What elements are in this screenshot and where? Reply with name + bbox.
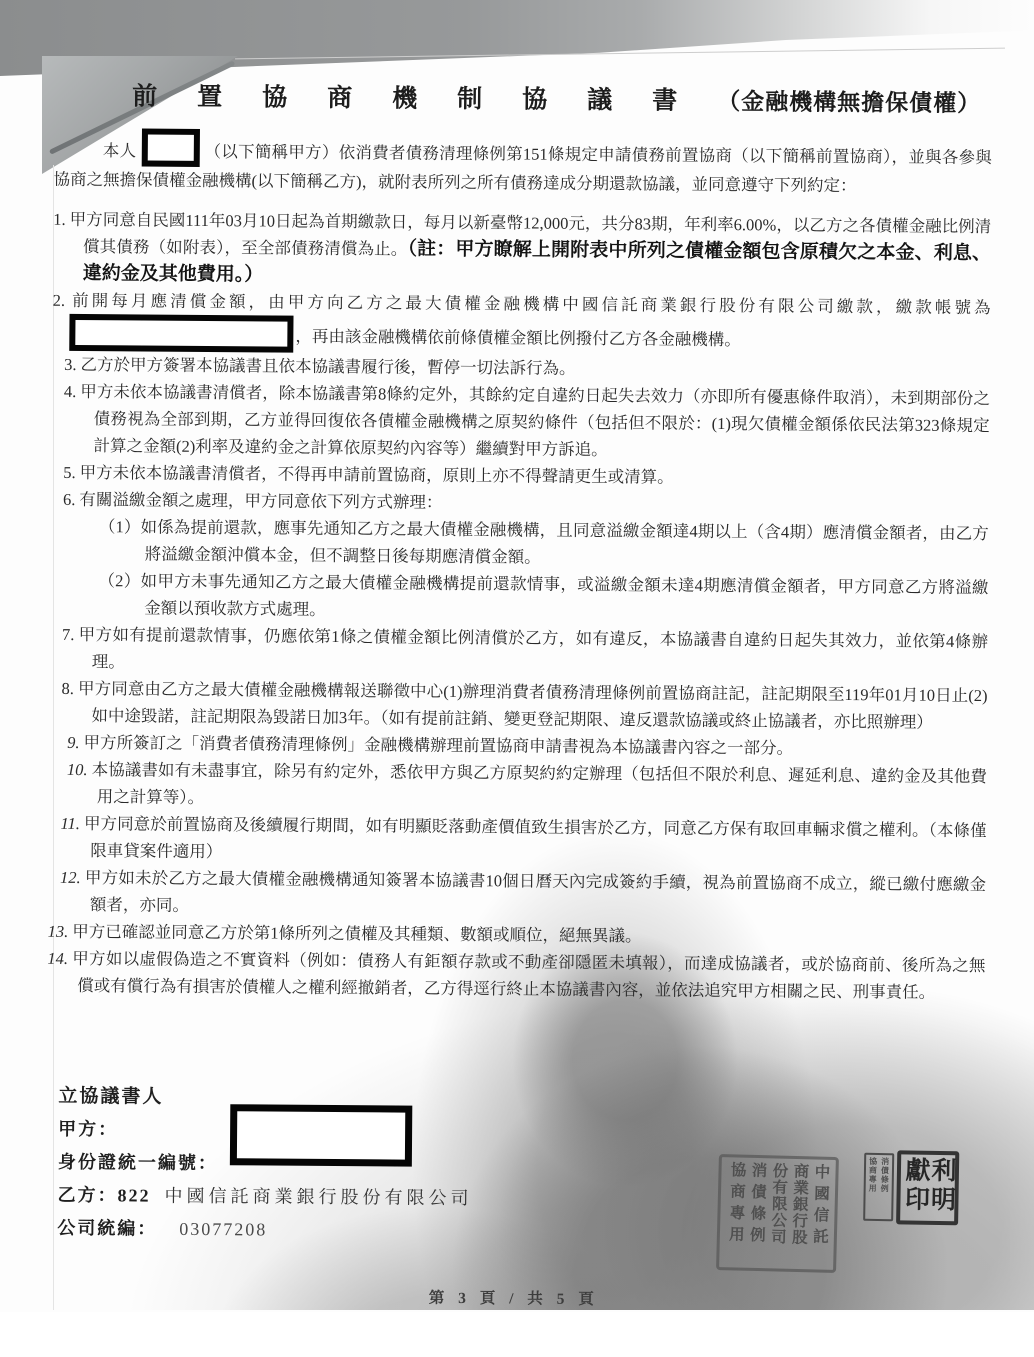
clause-8: 8.甲方同意由乙方之最大債權金融機構報送聯徵中心(1)辦理消費者債務清理條例前置… xyxy=(61,675,987,736)
clause-7: 7.甲方如有提前還款情事，仍應依第1條之債權金額比例清償於乙方，如有違反，本協議… xyxy=(62,621,988,682)
clause-2-number: 2. xyxy=(53,291,70,310)
clause-3-number: 3. xyxy=(64,355,81,374)
clause-5-text: 甲方未依本協議書清償者，不得再申請前置協商，原則上亦不得聲請更生或清算。 xyxy=(80,463,674,487)
clause-list: 1.甲方同意自民國111年03月10日起為首期繳款日，每月以新臺幣12,000元… xyxy=(47,206,991,1006)
clause-12-number: 12. xyxy=(60,868,85,887)
bank-negotiation-stamp: 中國信託 商業銀行股 份有限公司 消債條例 協商專用 xyxy=(716,1154,839,1273)
clause-10-number: 10. xyxy=(67,760,92,779)
clause-6-sub-2-text: 如甲方未事先通知乙方之最大債權金融機構提前還款情事，或溢繳金額未達4期應清償金額… xyxy=(140,571,988,618)
title-main: 前置協商機制協議書 xyxy=(132,83,717,115)
clause-6-sub-1-text: 如係為提前還款，應事先通知乙方之最大債權金融機構，且同意溢繳金額達4期以上（含4… xyxy=(140,517,988,566)
page-number-footer: 第 3 頁 / 共 5 頁 xyxy=(45,1283,983,1312)
clause-4: 4.甲方未依本協議書清償者，除本協議書第8條約定外，其餘約定自違約日起失去效力（… xyxy=(63,378,990,466)
party-b-label: 乙方：822 xyxy=(58,1185,151,1206)
clause-6-sub-1: （1）如係為提前還款，應事先通知乙方之最大債權金融機構，且同意溢繳金額達4期以上… xyxy=(99,513,989,574)
intro-paragraph: 本人（以下簡稱甲方）依消費者債務清理條例第151條規定申請債務前置協商（以下簡稱… xyxy=(53,128,991,200)
clause-9-number: 9. xyxy=(67,733,84,752)
seal-side-column: 協商專用 xyxy=(867,1157,879,1217)
seal-column: 利明 xyxy=(927,1157,954,1219)
clause-6-sub-2: （2）如甲方未事先通知乙方之最大債權金融機構提前還款情事，或溢繳金額未達4期應清… xyxy=(98,567,988,628)
clause-12: 12.甲方如未於乙方之最大債權金融機構通知簽署本協議書10個日曆天內完成簽約手續… xyxy=(60,864,986,925)
clause-11: 11.甲方同意於前置協商及後續履行期間，如有明顯貶落動產價值致生損害於乙方，同意… xyxy=(60,810,986,871)
clause-6-sub-1-number: （1） xyxy=(99,517,141,536)
title-parenthetical: （金融機構無擔保債權） xyxy=(717,89,981,116)
intro-prefix: 本人 xyxy=(103,141,137,160)
redacted-name-box xyxy=(141,128,199,166)
signature-block: 立協議書人 甲方： 身份證統一編號： 乙方：822中國信託商業銀行股份有限公司 … xyxy=(57,1081,658,1245)
clause-10: 10.本協議書如有未盡事宜，除另有約定外，悉依甲方與乙方原契約約定辦理（包括但不… xyxy=(67,756,987,817)
clause-9-text: 甲方所簽訂之「消費者債務清理條例」金融機構辦理前置協商申請書視為本協議書內容之一… xyxy=(83,733,793,758)
clause-10-text: 本協議書如有未盡事宜，除另有約定外，悉依甲方與乙方原契約約定辦理（包括但不限於利… xyxy=(91,760,986,807)
clause-4-text: 甲方未依本協議書清償者，除本協議書第8條約定外，其餘約定自違約日起失去效力（亦即… xyxy=(80,382,990,459)
party-a-label: 甲方： xyxy=(58,1119,118,1139)
seal-side-strip: 消債條例 協商專用 xyxy=(863,1153,894,1221)
seal-main-box: 利明 獻印 xyxy=(896,1150,959,1225)
clause-7-number: 7. xyxy=(62,625,79,644)
clause-11-text: 甲方同意於前置協商及後續履行期間，如有明顯貶落動產價值致生損害於乙方，同意乙方保… xyxy=(84,814,987,861)
clause-14: 14.甲方如以虛假偽造之不實資料（例如：債務人有鉅額存款或不動產卻隱匿未填報），… xyxy=(47,945,985,1006)
bank-stamp-column: 份有限公司 xyxy=(766,1162,789,1264)
seal-column: 獻印 xyxy=(901,1156,928,1218)
clause-14-text: 甲方如以虛假偽造之不實資料（例如：債務人有鉅額存款或不動產卻隱匿未填報），而達成… xyxy=(72,949,985,1002)
party-b-row: 乙方：822中國信託商業銀行股份有限公司 xyxy=(58,1181,658,1212)
clause-11-number: 11. xyxy=(60,814,84,833)
clause-6-text: 有關溢繳金額之處理，甲方同意依下列方式辦理： xyxy=(79,490,442,512)
clause-13-number: 13. xyxy=(48,922,73,941)
clause-12-text: 甲方如未於乙方之最大債權金融機構通知簽署本協議書10個日曆天內完成簽約手續，視為… xyxy=(85,868,986,915)
clause-8-text: 甲方同意由乙方之最大債權金融機構報送聯徵中心(1)辦理消費者債務清理條例前置協商… xyxy=(78,679,988,732)
clause-13-text: 甲方已確認並同意乙方於第1條所列之債權及其種類、數額或順位，絕無異議。 xyxy=(72,922,641,945)
clause-1: 1.甲方同意自民國111年03月10日起為首期繳款日，每月以新臺幣12,000元… xyxy=(53,206,992,294)
company-id-row: 公司統編：03077208 xyxy=(57,1214,657,1245)
document-content: 前置協商機制協議書（金融機構無擔保債權） 本人（以下簡稱甲方）依消費者債務清理條… xyxy=(44,0,993,1357)
scanned-document-page: 前置協商機制協議書（金融機構無擔保債權） 本人（以下簡稱甲方）依消費者債務清理條… xyxy=(0,0,1034,1357)
clause-2-text-before: 前開每月應清償金額，由甲方向乙方之最大債權金融機構中國信託商業銀行股份有限公司繳… xyxy=(69,291,991,317)
company-id-value: 03077208 xyxy=(179,1219,267,1240)
redacted-id-box xyxy=(230,1104,412,1166)
clause-3-text: 乙方於甲方簽署本協議書且依本協議書履行後，暫停一切法訴行為。 xyxy=(80,355,575,378)
clause-6-number: 6. xyxy=(63,490,80,509)
bank-stamp-column: 協商專用 xyxy=(724,1161,747,1263)
seal-side-column: 消債條例 xyxy=(879,1157,891,1217)
bank-stamp-column: 商業銀行股 xyxy=(787,1163,810,1265)
clause-5-number: 5. xyxy=(63,463,80,482)
party-b-name: 中國信託商業銀行股份有限公司 xyxy=(165,1186,473,1208)
company-id-label: 公司統編： xyxy=(57,1218,157,1239)
personal-name-seal: 消債條例 協商專用 利明 獻印 xyxy=(863,1150,959,1226)
bank-stamp-column: 消債條例 xyxy=(745,1162,768,1264)
clause-2-text-after: ，再由該金融機構依前條債權金額比例撥付乙方各金融機構。 xyxy=(295,327,741,349)
clause-14-number: 14. xyxy=(47,949,72,968)
clause-7-text: 甲方如有提前還款情事，仍應依第1條之債權金額比例清償於乙方，如有違反，本協議書自… xyxy=(78,625,988,671)
clause-8-number: 8. xyxy=(62,679,79,698)
clause-6-sub-2-number: （2） xyxy=(98,571,140,590)
id-number-label: 身份證統一編號： xyxy=(58,1152,218,1173)
clause-1-number: 1. xyxy=(53,210,70,229)
bank-stamp-column: 中國信託 xyxy=(808,1163,831,1265)
clause-4-number: 4. xyxy=(64,382,81,401)
redacted-account-box xyxy=(69,314,293,353)
clause-2: 2.前開每月應清償金額，由甲方向乙方之最大債權金融機構中國信託商業銀行股份有限公… xyxy=(52,287,990,358)
document-title: 前置協商機制協議書（金融機構無擔保債權） xyxy=(132,76,992,119)
